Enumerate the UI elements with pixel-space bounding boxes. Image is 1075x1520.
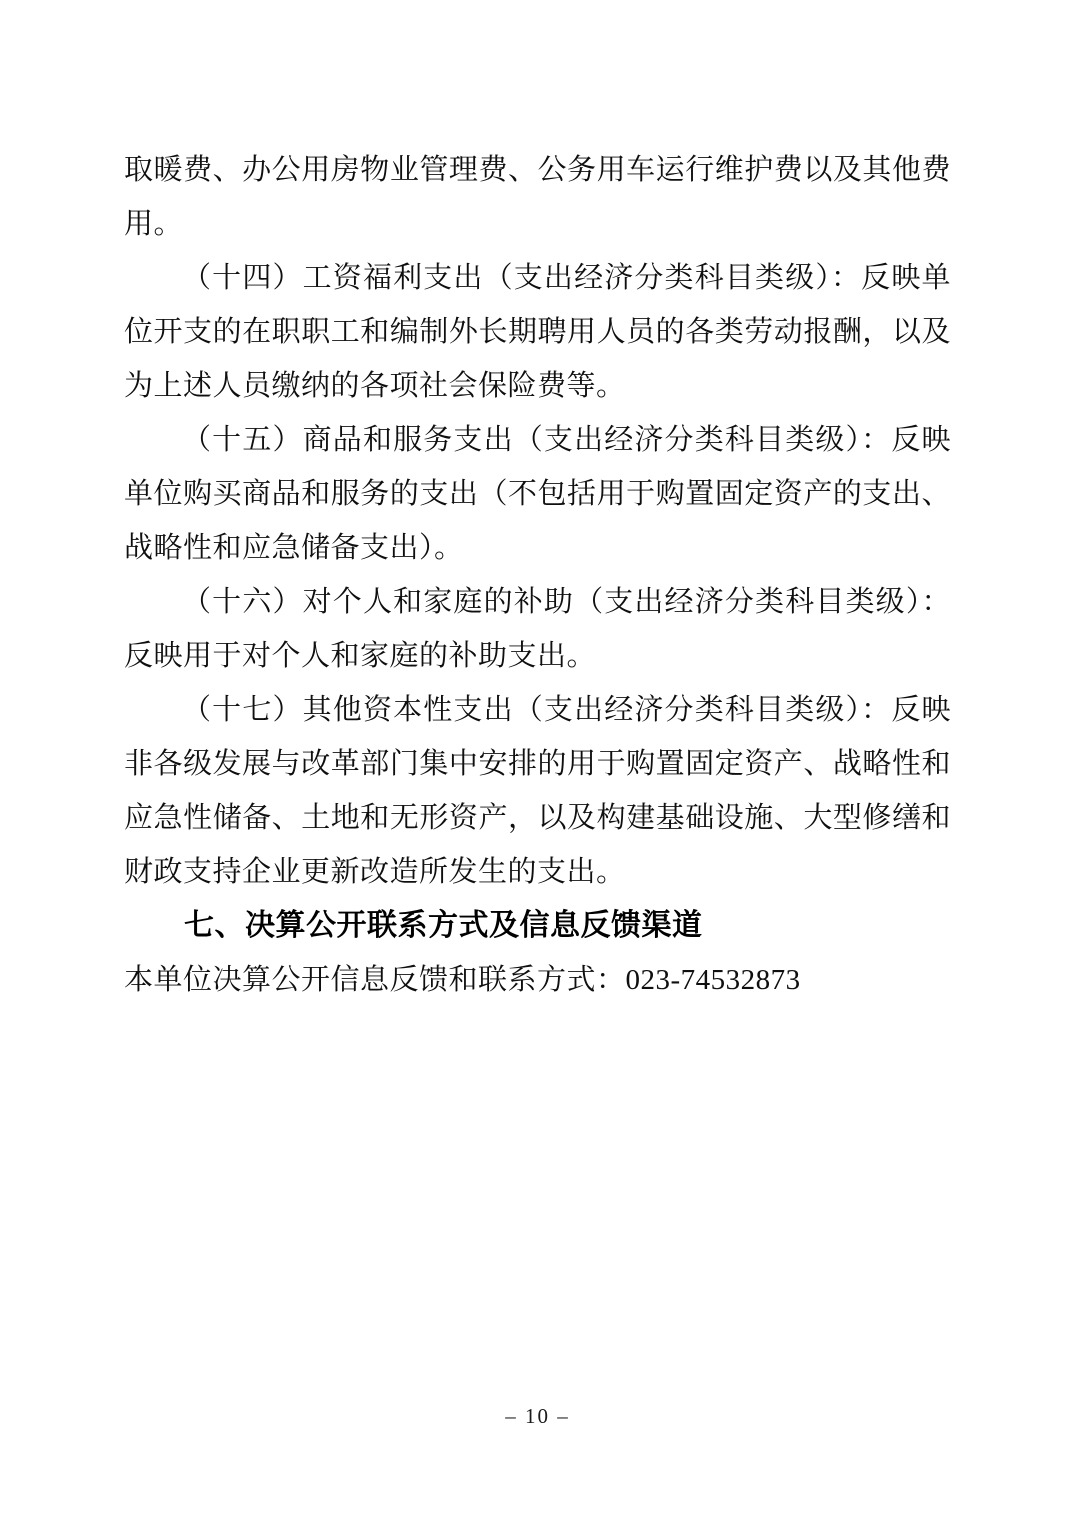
section-heading-contact-channels: 七、决算公开联系方式及信息反馈渠道 — [124, 899, 951, 953]
paragraph-item-15: （十五）商品和服务支出（支出经济分类科目类级）：反映单位购买商品和服务的支出（不… — [124, 413, 951, 575]
paragraph-continuation: 取暖费、办公用房物业管理费、公务用车运行维护费以及其他费用。 — [124, 143, 951, 251]
paragraph-item-14: （十四）工资福利支出（支出经济分类科目类级）：反映单位开支的在职职工和编制外长期… — [124, 251, 951, 413]
paragraph-item-17: （十七）其他资本性支出（支出经济分类科目类级）：反映非各级发展与改革部门集中安排… — [124, 683, 951, 899]
page-number: – 10 – — [0, 1403, 1075, 1429]
paragraph-item-16: （十六）对个人和家庭的补助（支出经济分类科目类级）：反映用于对个人和家庭的补助支… — [124, 575, 951, 683]
contact-phone-number: 023-74532873 — [626, 964, 801, 996]
document-body: 取暖费、办公用房物业管理费、公务用车运行维护费以及其他费用。 （十四）工资福利支… — [124, 143, 951, 1007]
paragraph-contact-info: 本单位决算公开信息反馈和联系方式：023-74532873 — [124, 953, 951, 1007]
contact-label: 本单位决算公开信息反馈和联系方式： — [124, 964, 626, 996]
